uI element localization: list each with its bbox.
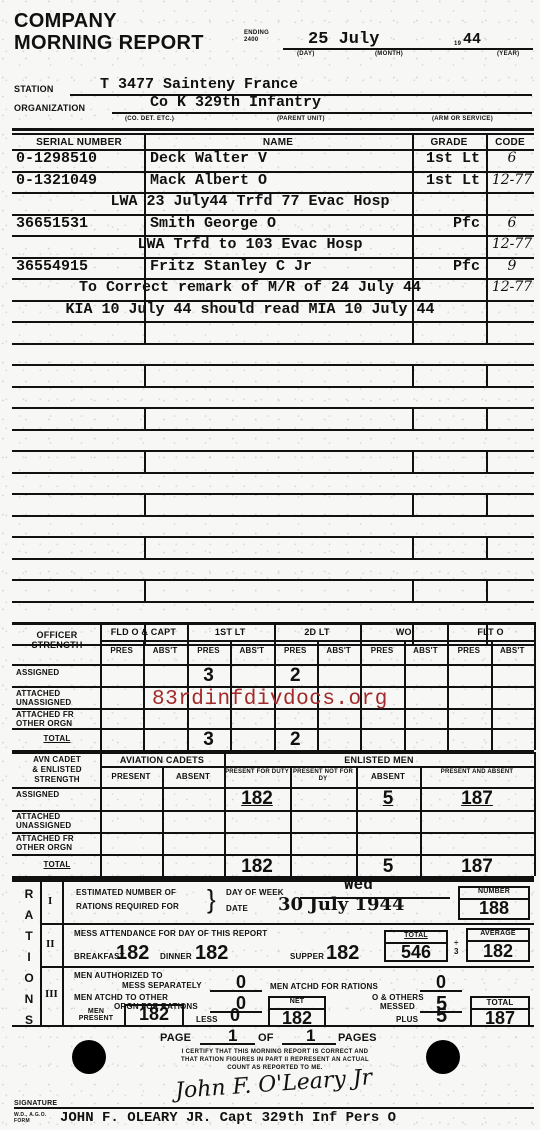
supper-value: 182 [326,942,359,965]
org-caption-arm: (ARM OR SERVICE) [432,116,493,122]
rations-letter: N [22,989,36,1010]
officer-title-line2: STRENGTH [14,640,100,650]
ending-time: 2400 [244,37,269,44]
enlisted-row-label: ATTACHED UNASSIGNED [16,812,98,830]
roster-row-rule [12,386,534,388]
enlisted-assigned-cell: 5 [356,788,420,810]
enlisted-col-header: PRESENT FOR DUTY [224,769,290,776]
dinner-label: DINNER [160,952,192,961]
auth-mess-label-1: MEN AUTHORIZED TO [74,971,163,980]
roster-column-divider [412,493,414,515]
enlisted-col-header: ABSENT [162,773,224,780]
mess-total-label: TOTAL [384,932,448,939]
roster-grade: 1st Lt [416,150,484,167]
officer-col-divider [404,640,406,750]
organization-underline [112,112,532,114]
auth-mess-label-2: MESS SEPARATELY [122,981,202,990]
officer-col-divider [143,640,145,750]
form-title-line2: MORNING REPORT [14,32,204,54]
enlisted-col-header: ABSENT [356,773,420,780]
certify-line-2: THAT RATION FIGURES IN PART II REPRESENT… [140,1056,410,1064]
rations-side-divider [40,880,42,1027]
rations-section-rule [40,923,534,925]
brace: } [207,884,216,914]
roster-code: 6 [490,150,534,166]
roster-code: 6 [490,215,534,231]
roster-name: Mack Albert O [150,172,267,189]
aviation-cadets-header: AVIATION CADETS [100,755,224,765]
average-label: AVERAGE [466,930,530,937]
plus-label: PLUS [396,1015,418,1024]
roster-column-divider [144,536,146,558]
roster-column-divider [144,257,146,279]
ration-total-value: 187 [470,1008,530,1029]
roster-grade: Pfc [416,215,484,232]
roster-column-divider [486,214,488,236]
report-date: 25 July [308,31,379,48]
roster-column-divider [412,133,414,149]
roster-column-divider [412,579,414,601]
enlisted-assigned-cell: 187 [420,788,534,810]
roster-column-divider [486,364,488,386]
ration-total-label: TOTAL [470,998,530,1007]
roster-column-divider [486,450,488,472]
officer-subcol-header: ABS'T [317,646,360,655]
rations-letter: O [22,968,36,989]
officer-col-divider [100,622,102,750]
auth-mess-value: 0 [236,972,246,993]
roster-top-rule [12,128,534,131]
roster-row-rule [12,364,534,366]
officer-col-divider [491,640,493,750]
enlisted-men-header: ENLISTED MEN [224,755,534,765]
officer-group-header: WO [360,627,447,637]
roster-column-divider [412,321,414,343]
roster-row-rule [12,472,534,474]
punch-hole-right [426,1040,460,1074]
enlisted-strength-title: AVN CADET& ENLISTEDSTRENGTH [14,755,100,785]
officer-strength-title: OFFICERSTRENGTH [14,630,100,650]
roster-row-rule [12,601,534,603]
rations-letter: T [22,926,36,947]
year-prefix: 19 [454,41,461,47]
roster-serial-number: 0-1298510 [16,150,97,167]
roster-remark: To Correct remark of M/R of 24 July 44 [30,279,470,296]
roster-column-divider [144,133,146,149]
roster-grade: Pfc [416,258,484,275]
page-number: 1 [228,1026,237,1046]
enlisted-col-header: PRESENT NOT FOR DY [290,769,356,783]
roster-header-rule [12,133,534,135]
officer-bottom-rule [12,752,534,754]
officer-subcol-header: PRES [360,646,403,655]
signature-line [14,1107,534,1109]
roster-column-divider [486,257,488,279]
atchd-for-value: 0 [436,972,446,993]
roster-column-divider [412,214,414,236]
section-i-numeral: I [48,895,52,907]
section-iii-numeral: III [45,988,58,1000]
roster-column-divider [486,192,488,214]
roster-remark: LWA 23 July44 Trfd 77 Evac Hosp [30,193,470,210]
estimated-rations-label-2: RATIONS REQUIRED FOR [76,902,179,911]
ration-date-value: 30 July 1944 [278,894,405,915]
roster-column-divider [144,149,146,171]
officer-title-line1: OFFICER [14,630,100,640]
officer-subcol-header: ABS'T [404,646,447,655]
of-label: OF [258,1032,274,1044]
officer-assigned-cell: 3 [187,665,230,687]
atchd-for-rations-label: MEN ATCHD FOR RATIONS [270,982,378,991]
officer-subcol-header: PRES [274,646,317,655]
rations-section-rule [40,966,534,968]
men-present-label-2: PRESENT [70,1015,122,1022]
roster-column-divider [486,278,488,300]
rations-side-label: RATIONS [22,884,36,1031]
roster-column-divider [144,214,146,236]
roster-remark: LWA Trfd to 103 Evac Hosp [30,236,470,253]
roster-code: 12-77 [490,279,534,295]
officer-group-header: 1ST LT [187,627,274,637]
officer-row-label: ATTACHED FR OTHER ORGN [16,710,98,728]
enlisted-col-divider [162,766,164,876]
date-label: DATE [226,904,248,913]
total-pages: 1 [306,1026,315,1046]
roster-column-divider [486,149,488,171]
section-ii-numeral: II [46,938,55,950]
roster-column-divider [486,171,488,193]
roster-column-header: SERIAL NUMBER [14,137,144,148]
roster-column-divider [412,536,414,558]
rations-letter: R [22,884,36,905]
officer-group-header: FLD O & CAPT [100,627,187,637]
ending-text: ENDING [244,30,269,37]
roster-column-divider [412,257,414,279]
report-year: 44 [463,31,481,48]
roster-row-rule [12,321,534,323]
rations-letter: S [22,1010,36,1031]
officer-subcol-header: ABS'T [143,646,186,655]
enlisted-total-cell: 182 [224,856,290,878]
roster-serial-number: 36554915 [16,258,88,275]
enlisted-total-cell: 5 [356,856,420,878]
roster-name: Smith George O [150,215,276,232]
plus-value: 5 [436,1005,447,1028]
officer-row-label: TOTAL [16,734,98,743]
men-present-value: 182 [124,1004,184,1025]
roster-row-rule [12,450,534,452]
roster-name: Fritz Stanley C Jr [150,258,312,275]
day-of-week-label: DAY OF WEEK [226,888,284,897]
enlisted-title-line: & ENLISTED [14,765,100,775]
others-messed-label-2: MESSED [380,1002,415,1011]
roster-column-divider [486,300,488,322]
month-caption: (MONTH) [375,51,403,57]
typed-name-title: JOHN F. OLEARY JR. Capt 329th Inf Pers O [60,1110,396,1127]
men-present-label-1: MEN [70,1008,122,1015]
officer-col-divider [360,622,362,750]
roster-remark: KIA 10 July 44 should read MIA 10 July 4… [30,301,470,318]
pages-label: PAGES [338,1032,377,1044]
roster-column-divider [486,579,488,601]
roster-column-divider [486,536,488,558]
roster-column-divider [486,493,488,515]
certify-line-1: I CERTIFY THAT THIS MORNING REPORT IS CO… [140,1048,410,1056]
breakfast-value: 182 [116,942,149,965]
officer-group-header: 2D LT [274,627,361,637]
rations-letter: I [22,947,36,968]
enlisted-assigned-cell: 182 [224,788,290,810]
net-value: 182 [268,1008,326,1029]
page-label: PAGE [160,1032,191,1044]
net-label: NET [268,998,326,1005]
roster-column-divider [144,321,146,343]
roster-serial-number: 36651531 [16,215,88,232]
number-label: NUMBER [458,888,530,895]
officer-subcol-header: ABS'T [491,646,534,655]
ending-label: ENDING 2400 [244,30,269,44]
officer-subcol-header: PRES [187,646,230,655]
roster-row-rule [12,515,534,517]
average-value: 182 [466,941,530,962]
roster-column-divider [144,364,146,386]
men-present-label: MENPRESENT [70,1008,122,1022]
punch-hole-left [72,1040,106,1074]
officer-col-divider [447,622,449,750]
dinner-value: 182 [195,942,228,965]
mess-attendance-label: MESS ATTENDANCE FOR DAY OF THIS REPORT [74,929,267,938]
enlisted-col-header: PRESENT [100,773,162,780]
enlisted-row-label: ASSIGNED [16,790,98,799]
roster-row-rule [12,343,534,345]
enlisted-title-line: STRENGTH [14,775,100,785]
roster-column-divider [412,450,414,472]
less-label: LESS [196,1015,218,1024]
roster-row-rule [12,536,534,538]
roster-column-divider [486,133,488,149]
signature-label: SIGNATURE [14,1100,57,1107]
officer-assigned-cell: 2 [274,665,317,687]
organization-label: ORGANIZATION [14,103,85,113]
form-number-label: W.D., A.G.O. FORM [14,1112,54,1124]
roster-grade: 1st Lt [416,172,484,189]
roster-column-divider [412,407,414,429]
roster-column-divider [486,235,488,257]
atchd-other-label-1: MEN ATCHD TO OTHER [74,993,168,1002]
less-value: 0 [230,1005,240,1026]
year-caption: (YEAR) [497,51,519,57]
roster-code: 12-77 [490,172,534,188]
roster-serial-number: 0-1321049 [16,172,97,189]
roster-column-header: CODE [486,137,534,148]
morning-report-form: COMPANY MORNING REPORT ENDING 2400 25 Ju… [0,0,540,1130]
day-caption: (DAY) [297,51,315,57]
officer-total-cell: 3 [187,729,230,751]
roster-column-divider [144,579,146,601]
form-title-line1: COMPANY [14,10,117,32]
station-value: T 3477 Sainteny France [100,76,298,93]
others-messed-label-1: O & OTHERS [372,993,424,1002]
enlisted-col-divider [534,752,536,876]
officer-row-label: ASSIGNED [16,668,98,677]
enlisted-col-divider [290,766,292,876]
roster-code: 12-77 [490,236,534,252]
day-of-week-value: Wed [344,877,373,894]
rations-roman-divider [62,880,64,1027]
enlisted-total-cell: 187 [420,856,534,878]
roster-column-divider [144,407,146,429]
officer-total-cell: 2 [274,729,317,751]
roster-name: Deck Walter V [150,150,267,167]
roster-column-divider [144,450,146,472]
officer-subcol-header: PRES [447,646,490,655]
roster-row-rule [12,429,534,431]
roster-column-divider [486,321,488,343]
enlisted-subheader-rule [100,766,534,768]
org-caption-parent: (PARENT UNIT) [277,116,325,122]
roster-row-rule [12,493,534,495]
station-label: STATION [14,84,54,94]
roster-column-divider [144,493,146,515]
roster-column-divider [486,407,488,429]
officer-group-header: FLT O [447,627,534,637]
officer-row-label: ATTACHED UNASSIGNED [16,689,98,707]
enlisted-col-divider [100,752,102,876]
roster-column-divider [144,171,146,193]
roster-code: 9 [490,258,534,274]
roster-column-divider [412,149,414,171]
rations-letter: A [22,905,36,926]
enlisted-title-line: AVN CADET [14,755,100,765]
officer-col-divider [534,622,536,750]
roster-column-header: NAME [144,137,412,148]
divide-by-three: ÷ 3 [454,938,464,956]
mess-total-value: 546 [384,942,448,963]
officer-subcol-header: ABS'T [230,646,273,655]
supper-label: SUPPER [290,952,324,961]
organization-value: Co K 329th Infantry [150,94,321,111]
roster-row-rule [12,579,534,581]
enlisted-row-label: TOTAL [16,860,98,869]
org-caption-unit: (CO. DET. ETC.) [125,116,174,122]
enlisted-row-label: ATTACHED FR OTHER ORGN [16,834,98,852]
watermark: 83rdinfdivdocs.org [152,688,388,711]
roster-column-divider [412,364,414,386]
estimated-rations-label-1: ESTIMATED NUMBER OF [76,888,176,897]
enlisted-col-header: PRESENT AND ABSENT [420,769,534,776]
number-value: 188 [458,898,530,919]
officer-subcol-header: PRES [100,646,143,655]
roster-column-divider [412,171,414,193]
roster-row-rule [12,407,534,409]
roster-column-header: GRADE [412,137,486,148]
roster-row-rule [12,558,534,560]
